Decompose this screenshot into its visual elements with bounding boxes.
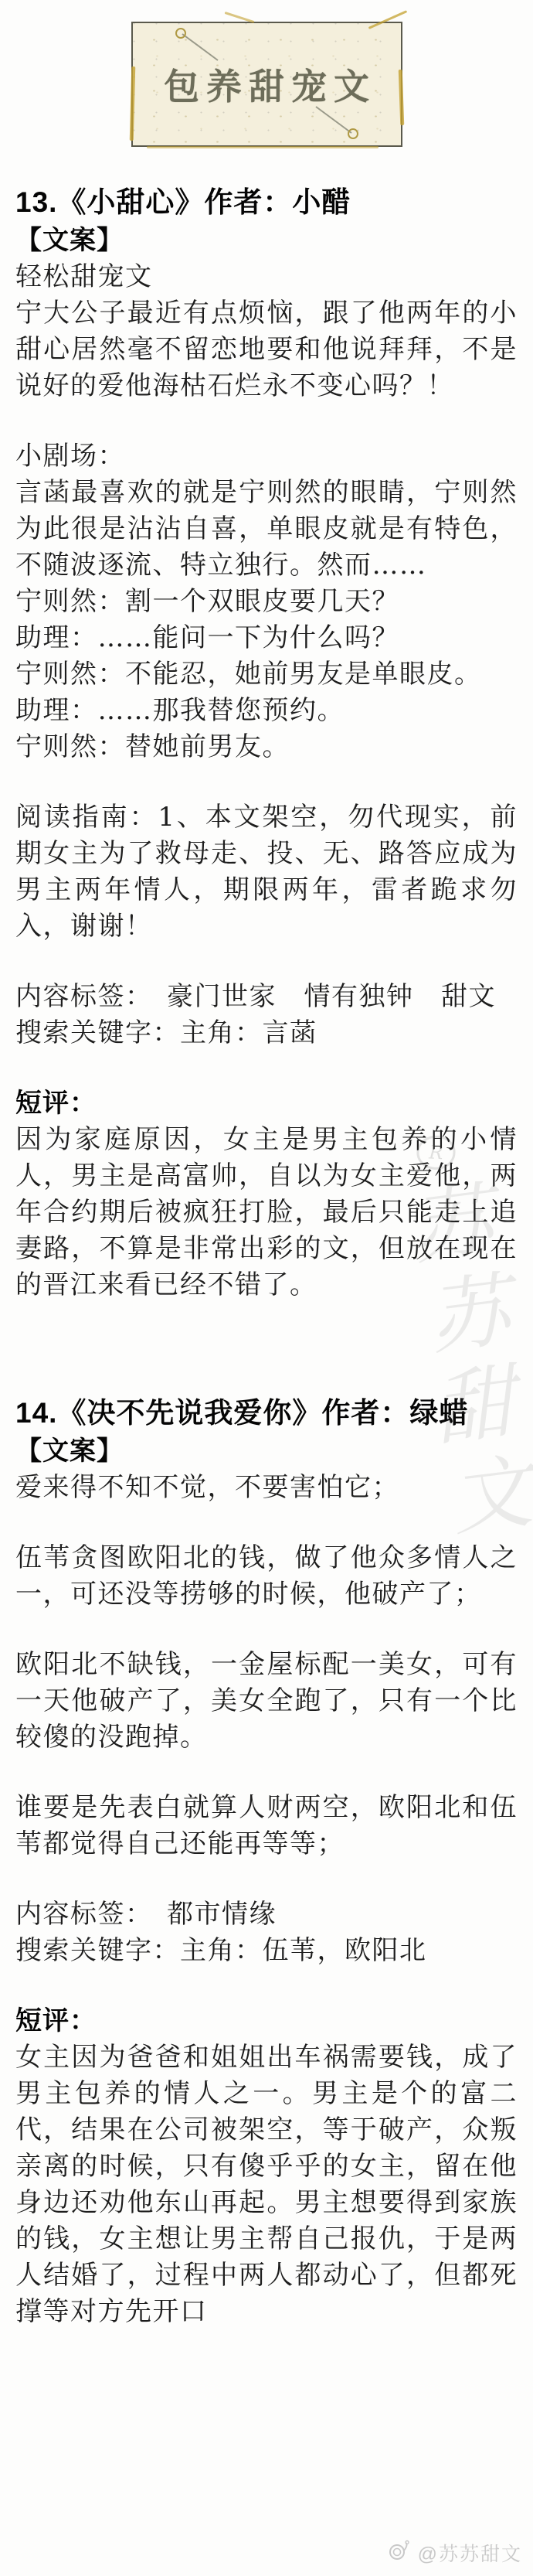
book-14-synopsis-label: 【文案】: [15, 1433, 518, 1470]
spacer: [15, 1506, 518, 1540]
book-13-synopsis-label: 【文案】: [15, 223, 518, 259]
book-13-search-keywords: 搜索关键字：主角：言菡: [15, 1015, 518, 1051]
pin-icon: [173, 26, 222, 68]
book-recommendation-post: 包养甜宠文 13.《小甜心》作者：小醋 【文案】 轻松甜宠文 宁大公子最近有点烦…: [0, 0, 533, 2576]
book-13-dialogue-line: 宁则然：不能忍，她前男友是单眼皮。: [15, 656, 518, 693]
book-13-dialogue-line: 助理：……那我替您预约。: [15, 693, 518, 729]
book-13-dialogue-line: 宁则然：替她前男友。: [15, 729, 518, 765]
book-13-content-tags: 内容标签： 豪门世家 情有独钟 甜文: [15, 979, 518, 1015]
credit-text: @苏苏甜文: [418, 2539, 522, 2567]
book-13-synopsis-paragraph: 宁大公子最近有点烦恼，跟了他两年的小甜心居然毫不留恋地要和他说拜拜，不是说好的爱…: [15, 295, 518, 404]
book-13-dialogue-line: 助理：……能问一下为什么吗？: [15, 620, 518, 656]
section-spacer: [15, 1303, 518, 1393]
book-13-review-label: 短评：: [15, 1085, 518, 1122]
book-14-review-paragraph: 女主因为爸爸和姐姐出车祸需要钱，成了男主包养的情人之一。男主是个的富二代，结果在…: [15, 2039, 518, 2330]
spacer: [15, 1051, 518, 1085]
snail-doodle-icon: [386, 2540, 412, 2567]
book-13-reading-guide: 阅读指南：1、本文架空，勿代现实，前期女主为了救母走、投、无、路答应成为男主两年…: [15, 799, 518, 945]
gold-accent-top-right: [368, 10, 407, 29]
spacer: [15, 765, 518, 799]
gold-accent-top-left: [224, 12, 254, 23]
book-13-theater-label: 小剧场：: [15, 438, 518, 475]
spacer: [15, 404, 518, 438]
post-body: 13.《小甜心》作者：小醋 【文案】 轻松甜宠文 宁大公子最近有点烦恼，跟了他两…: [0, 182, 533, 2330]
book-13-tagline: 轻松甜宠文: [15, 259, 518, 295]
gold-accent-right: [398, 70, 404, 125]
spacer: [15, 1613, 518, 1647]
book-14-title: 14.《决不先说我爱你》作者：绿蜡: [15, 1393, 518, 1433]
banner-card: 包养甜宠文: [131, 22, 402, 147]
book-14-synopsis-paragraph: 欧阳北不缺钱，一金屋标配一美女，可有一天他破产了，美女全跑了，只有一个比较傻的没…: [15, 1647, 518, 1756]
spacer: [15, 1862, 518, 1896]
book-13-section: 13.《小甜心》作者：小醋 【文案】 轻松甜宠文 宁大公子最近有点烦恼，跟了他两…: [15, 182, 518, 1303]
spacer: [15, 945, 518, 979]
spacer: [15, 1969, 518, 2003]
book-14-content-tags: 内容标签： 都市情缘: [15, 1896, 518, 1933]
credit-watermark: @苏苏甜文: [386, 2539, 522, 2567]
gold-accent-left: [129, 66, 135, 141]
gold-accent-bottom: [147, 146, 379, 148]
book-14-section: 14.《决不先说我爱你》作者：绿蜡 【文案】 爱来得不知不觉，不要害怕它； 伍苇…: [15, 1393, 518, 2330]
book-13-title: 13.《小甜心》作者：小醋: [15, 182, 518, 223]
book-14-synopsis-paragraph: 伍苇贪图欧阳北的钱，做了他众多情人之一，可还没等捞够的时候，他破产了；: [15, 1540, 518, 1613]
book-14-review-label: 短评：: [15, 2003, 518, 2039]
book-14-synopsis-paragraph: 谁要是先表白就算人财两空，欧阳北和伍苇都觉得自己还能再等等；: [15, 1790, 518, 1862]
spacer: [15, 1756, 518, 1790]
pin-icon: [311, 102, 361, 144]
book-14-tagline: 爱来得不知不觉，不要害怕它；: [15, 1470, 518, 1506]
book-13-review-paragraph: 因为家庭原因，女主是男主包养的小情人，男主是高富帅，自以为女主爱他，两年合约期后…: [15, 1122, 518, 1303]
book-13-dialogue-line: 宁则然：割一个双眼皮要几天？: [15, 584, 518, 620]
book-13-theater-paragraph: 言菡最喜欢的就是宁则然的眼睛，宁则然为此很是沾沾自喜，单眼皮就是有特色，不随波逐…: [15, 475, 518, 584]
book-14-search-keywords: 搜索关键字：主角：伍苇，欧阳北: [15, 1933, 518, 1969]
